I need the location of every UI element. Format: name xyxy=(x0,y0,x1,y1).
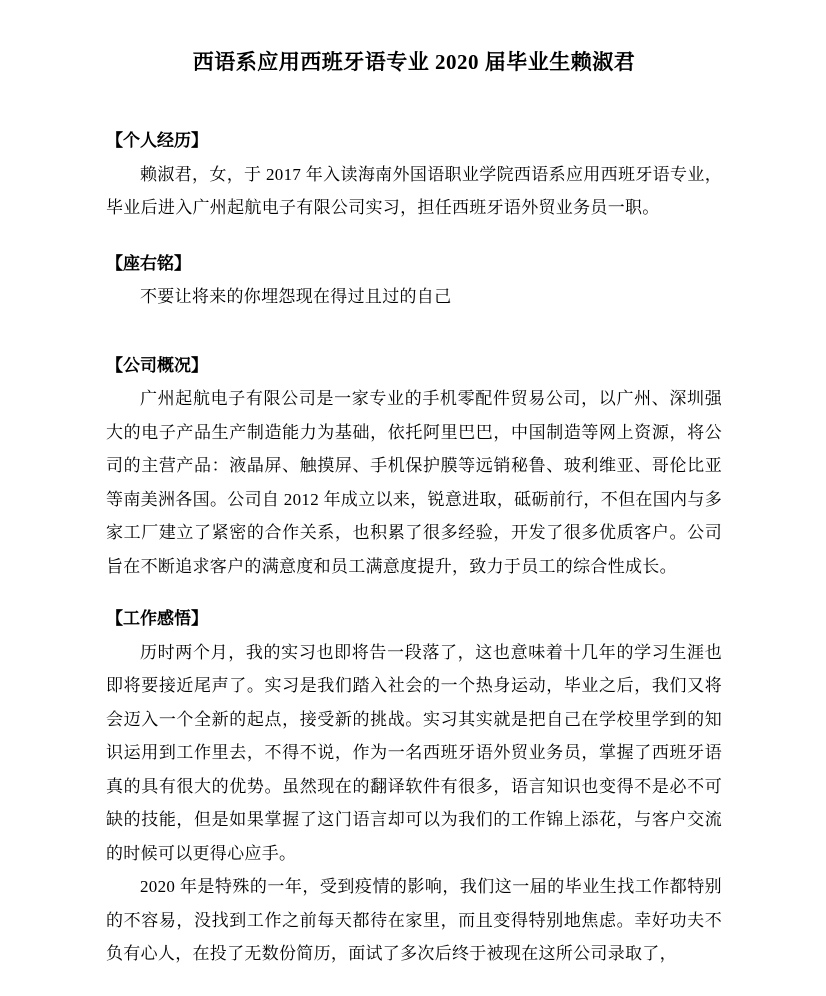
paragraph-work-reflections-1: 历时两个月，我的实习也即将告一段落了，这也意味着十几年的学习生涯也即将要接近尾声… xyxy=(106,636,722,871)
section-company-overview: 【公司概况】 广州起航电子有限公司是一家专业的手机零配件贸易公司，以广州、深圳强… xyxy=(106,349,722,584)
section-work-reflections: 【工作感悟】 历时两个月，我的实习也即将告一段落了，这也意味着十几年的学习生涯也… xyxy=(106,602,722,971)
document-page: 西语系应用西班牙语专业 2020 届毕业生赖淑君 【个人经历】 赖淑君，女，于 … xyxy=(0,0,826,996)
paragraph-work-reflections-2: 2020 年是特殊的一年，受到疫情的影响，我们这一届的毕业生找工作都特别的不容易… xyxy=(106,870,722,971)
section-header-personal-experience: 【个人经历】 xyxy=(106,124,722,158)
paragraph-motto: 不要让将来的你埋怨现在得过且过的自己 xyxy=(106,280,722,314)
section-header-work-reflections: 【工作感悟】 xyxy=(106,602,722,636)
section-header-company-overview: 【公司概况】 xyxy=(106,349,722,383)
section-header-motto: 【座右铭】 xyxy=(106,247,722,281)
section-personal-experience: 【个人经历】 赖淑君，女，于 2017 年入读海南外国语职业学院西语系应用西班牙… xyxy=(106,124,722,225)
paragraph-company-overview: 广州起航电子有限公司是一家专业的手机零配件贸易公司，以广州、深圳强大的电子产品生… xyxy=(106,382,722,583)
paragraph-personal-experience: 赖淑君，女，于 2017 年入读海南外国语职业学院西语系应用西班牙语专业，毕业后… xyxy=(106,158,722,225)
document-title: 西语系应用西班牙语专业 2020 届毕业生赖淑君 xyxy=(106,46,722,78)
section-motto: 【座右铭】 不要让将来的你埋怨现在得过且过的自己 xyxy=(106,247,722,314)
